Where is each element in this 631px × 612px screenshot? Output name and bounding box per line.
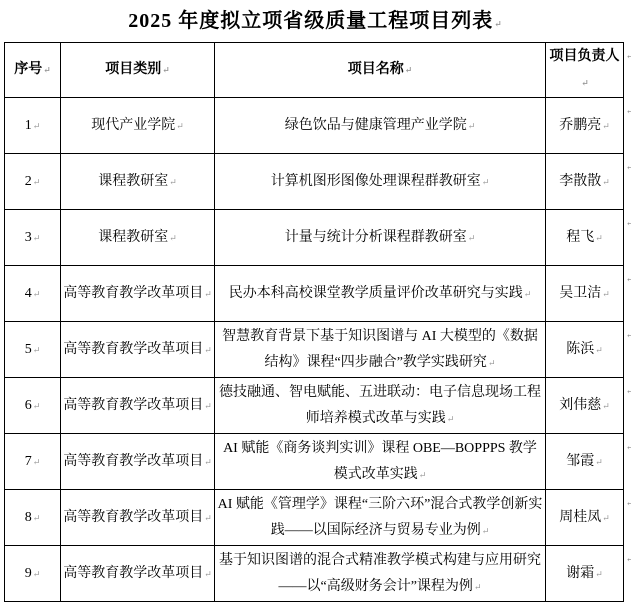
row-end-mark-glyph: ↵ bbox=[625, 162, 631, 172]
cell-category: 高等教育教学改革项目↵ bbox=[61, 378, 215, 434]
row-end-mark: ↵ bbox=[624, 266, 631, 322]
project-leader: 刘伟慈 bbox=[559, 398, 601, 413]
paragraph-mark: ↵ bbox=[32, 513, 41, 523]
cell-no: 4↵ bbox=[5, 266, 61, 322]
paragraph-mark: ↵ bbox=[32, 121, 41, 131]
paragraph-mark: ↵ bbox=[32, 401, 41, 411]
row-end-mark-glyph: ↵ bbox=[625, 442, 631, 452]
project-name: AI 赋能《商务谈判实训》课程 OBE—BOPPPS 教学模式改革实践 bbox=[223, 441, 537, 482]
project-category: 高等教育教学改革项目 bbox=[63, 454, 203, 469]
paragraph-mark: ↵ bbox=[580, 78, 589, 88]
row-end-mark-glyph: ↵ bbox=[625, 330, 631, 340]
table-row: 5↵ 高等教育教学改革项目↵ 智慧教育背景下基于知识图谱与 AI 大模型的《数据… bbox=[5, 322, 631, 378]
row-end-mark: ↵ bbox=[624, 490, 631, 546]
paragraph-mark: ↵ bbox=[481, 526, 490, 536]
table-header-row: 序号↵ 项目类别↵ 项目名称↵ 项目负责人↵ ↵ bbox=[5, 43, 631, 98]
row-end-mark-glyph: ↵ bbox=[625, 386, 631, 396]
paragraph-mark: ↵ bbox=[32, 177, 41, 187]
paragraph-mark: ↵ bbox=[487, 358, 496, 368]
table-row: 4↵ 高等教育教学改革项目↵ 民办本科高校课堂教学质量评价改革研究与实践↵ 吴卫… bbox=[5, 266, 631, 322]
cell-category: 高等教育教学改革项目↵ bbox=[61, 322, 215, 378]
table-row: 6↵ 高等教育教学改革项目↵ 德技融通、智电赋能、五进联动：电子信息现场工程师培… bbox=[5, 378, 631, 434]
paragraph-mark: ↵ bbox=[594, 569, 603, 579]
project-leader: 吴卫洁 bbox=[559, 286, 601, 301]
project-leader: 周桂凤 bbox=[559, 510, 601, 525]
row-end-mark: ↵ bbox=[624, 154, 631, 210]
paragraph-mark: ↵ bbox=[203, 513, 212, 523]
paragraph-mark: ↵ bbox=[168, 233, 177, 243]
project-name: AI 赋能《管理学》课程“三阶六环”混合式教学创新实践——以国际经济与贸易专业为… bbox=[218, 497, 543, 538]
row-end-mark-glyph: ↵ bbox=[625, 274, 631, 284]
header-leader-label: 项目负责人 bbox=[550, 49, 620, 64]
cell-no: 7↵ bbox=[5, 434, 61, 490]
paragraph-mark: ↵ bbox=[32, 569, 41, 579]
cell-name: 计算机图形图像处理课程群教研室↵ bbox=[215, 154, 546, 210]
cell-category: 课程教研室↵ bbox=[61, 210, 215, 266]
project-category: 课程教研室 bbox=[98, 230, 168, 245]
row-number: 3 bbox=[25, 230, 32, 245]
table-row: 9↵ 高等教育教学改革项目↵ 基于知识图谱的混合式精准教学模式构建与应用研究——… bbox=[5, 546, 631, 602]
project-category: 高等教育教学改革项目 bbox=[63, 342, 203, 357]
header-category: 项目类别↵ bbox=[61, 43, 215, 98]
cell-category: 现代产业学院↵ bbox=[61, 98, 215, 154]
row-number: 8 bbox=[25, 510, 32, 525]
paragraph-mark: ↵ bbox=[418, 470, 427, 480]
cell-name: 计量与统计分析课程群教研室↵ bbox=[215, 210, 546, 266]
row-number: 7 bbox=[25, 454, 32, 469]
paragraph-mark: ↵ bbox=[594, 457, 603, 467]
header-leader: 项目负责人↵ bbox=[546, 43, 624, 98]
cell-leader: 程飞↵ bbox=[546, 210, 624, 266]
project-leader: 乔鹏亮 bbox=[559, 118, 601, 133]
row-end-mark: ↵ bbox=[624, 98, 631, 154]
cell-category: 课程教研室↵ bbox=[61, 154, 215, 210]
cell-name: 德技融通、智电赋能、五进联动：电子信息现场工程师培养模式改革与实践↵ bbox=[215, 378, 546, 434]
paragraph-mark: ↵ bbox=[601, 401, 610, 411]
table-row: 8↵ 高等教育教学改革项目↵ AI 赋能《管理学》课程“三阶六环”混合式教学创新… bbox=[5, 490, 631, 546]
project-category: 课程教研室 bbox=[98, 174, 168, 189]
paragraph-mark: ↵ bbox=[175, 121, 184, 131]
project-name: 德技融通、智电赋能、五进联动：电子信息现场工程师培养模式改革与实践 bbox=[219, 385, 541, 426]
cell-leader: 谢霜↵ bbox=[546, 546, 624, 602]
row-number: 1 bbox=[25, 118, 32, 133]
project-name: 计算机图形图像处理课程群教研室 bbox=[271, 174, 481, 189]
row-end-mark: ↵ bbox=[624, 43, 631, 98]
project-category: 高等教育教学改革项目 bbox=[63, 286, 203, 301]
header-category-label: 项目类别 bbox=[105, 62, 161, 77]
cell-name: 绿色饮品与健康管理产业学院↵ bbox=[215, 98, 546, 154]
row-end-mark-glyph: ↵ bbox=[625, 218, 631, 228]
project-name: 民办本科高校课堂教学质量评价改革研究与实践 bbox=[229, 286, 523, 301]
paragraph-mark: ↵ bbox=[168, 177, 177, 187]
table-row: 7↵ 高等教育教学改革项目↵ AI 赋能《商务谈判实训》课程 OBE—BOPPP… bbox=[5, 434, 631, 490]
cell-no: 1↵ bbox=[5, 98, 61, 154]
paragraph-mark: ↵ bbox=[203, 457, 212, 467]
table-row: 1↵ 现代产业学院↵ 绿色饮品与健康管理产业学院↵ 乔鹏亮↵ ↵ bbox=[5, 98, 631, 154]
paragraph-mark: ↵ bbox=[594, 345, 603, 355]
cell-name: 基于知识图谱的混合式精准教学模式构建与应用研究——以“高级财务会计”课程为例↵ bbox=[215, 546, 546, 602]
header-no: 序号↵ bbox=[5, 43, 61, 98]
paragraph-mark: ↵ bbox=[32, 233, 41, 243]
row-number: 5 bbox=[25, 342, 32, 357]
paragraph-mark: ↵ bbox=[601, 121, 610, 131]
cell-category: 高等教育教学改革项目↵ bbox=[61, 434, 215, 490]
paragraph-mark: ↵ bbox=[467, 121, 476, 131]
header-no-label: 序号 bbox=[14, 62, 42, 77]
project-category: 高等教育教学改革项目 bbox=[63, 566, 203, 581]
row-number: 9 bbox=[25, 566, 32, 581]
project-name: 绿色饮品与健康管理产业学院 bbox=[285, 118, 467, 133]
row-number: 2 bbox=[25, 174, 32, 189]
cell-name: AI 赋能《管理学》课程“三阶六环”混合式教学创新实践——以国际经济与贸易专业为… bbox=[215, 490, 546, 546]
cell-category: 高等教育教学改革项目↵ bbox=[61, 546, 215, 602]
cell-no: 6↵ bbox=[5, 378, 61, 434]
paragraph-mark: ↵ bbox=[473, 582, 482, 592]
project-category: 高等教育教学改革项目 bbox=[63, 398, 203, 413]
paragraph-mark: ↵ bbox=[594, 233, 603, 243]
project-category: 现代产业学院 bbox=[91, 118, 175, 133]
cell-name: AI 赋能《商务谈判实训》课程 OBE—BOPPPS 教学模式改革实践↵ bbox=[215, 434, 546, 490]
paragraph-mark: ↵ bbox=[601, 513, 610, 523]
cell-leader: 陈浜↵ bbox=[546, 322, 624, 378]
cell-no: 3↵ bbox=[5, 210, 61, 266]
paragraph-mark: ↵ bbox=[523, 289, 532, 299]
cell-leader: 邹霞↵ bbox=[546, 434, 624, 490]
paragraph-mark: ↵ bbox=[493, 19, 503, 29]
row-number: 6 bbox=[25, 398, 32, 413]
paragraph-mark: ↵ bbox=[32, 345, 41, 355]
project-name: 基于知识图谱的混合式精准教学模式构建与应用研究——以“高级财务会计”课程为例 bbox=[219, 553, 541, 594]
table-row: 3↵ 课程教研室↵ 计量与统计分析课程群教研室↵ 程飞↵ ↵ bbox=[5, 210, 631, 266]
cell-leader: 刘伟慈↵ bbox=[546, 378, 624, 434]
paragraph-mark: ↵ bbox=[601, 177, 610, 187]
project-name: 计量与统计分析课程群教研室 bbox=[285, 230, 467, 245]
paragraph-mark: ↵ bbox=[601, 289, 610, 299]
row-number: 4 bbox=[25, 286, 32, 301]
paragraph-mark: ↵ bbox=[467, 233, 476, 243]
header-name: 项目名称↵ bbox=[215, 43, 546, 98]
paragraph-mark: ↵ bbox=[481, 177, 490, 187]
paragraph-mark: ↵ bbox=[32, 289, 41, 299]
row-end-mark: ↵ bbox=[624, 210, 631, 266]
project-leader: 程飞 bbox=[566, 230, 594, 245]
document-page: 2025 年度拟立项省级质量工程项目列表↵ 序号↵ 项目类别↵ 项目名称↵ 项目… bbox=[0, 0, 631, 612]
row-end-mark-glyph: ↵ bbox=[625, 106, 631, 116]
paragraph-mark: ↵ bbox=[42, 65, 51, 75]
cell-no: 9↵ bbox=[5, 546, 61, 602]
row-end-mark: ↵ bbox=[624, 434, 631, 490]
cell-name: 民办本科高校课堂教学质量评价改革研究与实践↵ bbox=[215, 266, 546, 322]
row-end-mark: ↵ bbox=[624, 322, 631, 378]
paragraph-mark: ↵ bbox=[32, 457, 41, 467]
paragraph-mark: ↵ bbox=[203, 289, 212, 299]
project-leader: 李散散 bbox=[559, 174, 601, 189]
paragraph-mark: ↵ bbox=[203, 345, 212, 355]
paragraph-mark: ↵ bbox=[161, 65, 170, 75]
cell-name: 智慧教育背景下基于知识图谱与 AI 大模型的《数据结构》课程“四步融合”教学实践… bbox=[215, 322, 546, 378]
row-end-mark-glyph: ↵ bbox=[625, 554, 631, 564]
paragraph-mark: ↵ bbox=[203, 401, 212, 411]
cell-leader: 吴卫洁↵ bbox=[546, 266, 624, 322]
row-end-mark-glyph: ↵ bbox=[625, 498, 631, 508]
project-leader: 陈浜 bbox=[566, 342, 594, 357]
paragraph-mark: ↵ bbox=[203, 569, 212, 579]
row-end-mark-glyph: ↵ bbox=[625, 51, 631, 61]
header-name-label: 项目名称 bbox=[348, 62, 404, 77]
paragraph-mark: ↵ bbox=[446, 414, 455, 424]
cell-no: 8↵ bbox=[5, 490, 61, 546]
project-leader: 邹霞 bbox=[566, 454, 594, 469]
cell-leader: 周桂凤↵ bbox=[546, 490, 624, 546]
projects-table: 序号↵ 项目类别↵ 项目名称↵ 项目负责人↵ ↵ 1↵ 现代产业学院↵ 绿色饮品… bbox=[4, 42, 631, 602]
cell-leader: 乔鹏亮↵ bbox=[546, 98, 624, 154]
cell-category: 高等教育教学改革项目↵ bbox=[61, 490, 215, 546]
page-title: 2025 年度拟立项省级质量工程项目列表↵ bbox=[0, 0, 631, 42]
cell-no: 5↵ bbox=[5, 322, 61, 378]
paragraph-mark: ↵ bbox=[404, 65, 413, 75]
table-row: 2↵ 课程教研室↵ 计算机图形图像处理课程群教研室↵ 李散散↵ ↵ bbox=[5, 154, 631, 210]
cell-category: 高等教育教学改革项目↵ bbox=[61, 266, 215, 322]
page-title-text: 2025 年度拟立项省级质量工程项目列表 bbox=[128, 10, 493, 32]
row-end-mark: ↵ bbox=[624, 378, 631, 434]
project-category: 高等教育教学改革项目 bbox=[63, 510, 203, 525]
cell-leader: 李散散↵ bbox=[546, 154, 624, 210]
row-end-mark: ↵ bbox=[624, 546, 631, 602]
project-leader: 谢霜 bbox=[566, 566, 594, 581]
cell-no: 2↵ bbox=[5, 154, 61, 210]
